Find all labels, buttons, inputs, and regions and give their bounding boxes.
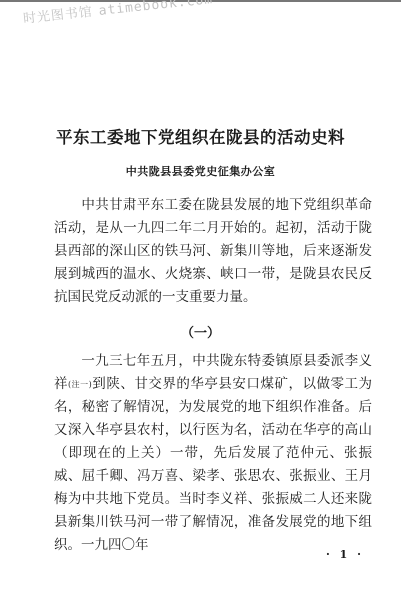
paragraph-1-text: 中共甘肃平东工委在陇县发展的地下党组织革命活动，是从一九四二年二月开始的。起初，… [54, 197, 372, 305]
paragraph-1: 中共甘肃平东工委在陇县发展的地下党组织革命活动，是从一九四二年二月开始的。起初，… [54, 194, 372, 309]
document-title: 平东工委地下党组织在陇县的活动史料 [0, 124, 401, 148]
watermark-latin: atimebook.com [98, 0, 214, 19]
watermark-cn: 时光图书馆 [22, 5, 93, 27]
paragraph-2-text-b: 到陕、甘交界的华亭县安口煤矿，以做零工为名，秘密了解情况，为发展党的地下组织作准… [54, 376, 372, 553]
section-heading: （一） [0, 322, 401, 341]
footnote-marker: (注一) [68, 380, 92, 389]
watermark: 时光图书馆atimebook.com [22, 0, 214, 27]
document-author: 中共陇县县委党史征集办公室 [0, 163, 401, 179]
paragraph-2: 一九三七年五月，中共陇东特委镇原县委派李义祥(注一)到陕、甘交界的华亭县安口煤矿… [54, 350, 372, 557]
page-number: · 1 · [326, 548, 364, 561]
